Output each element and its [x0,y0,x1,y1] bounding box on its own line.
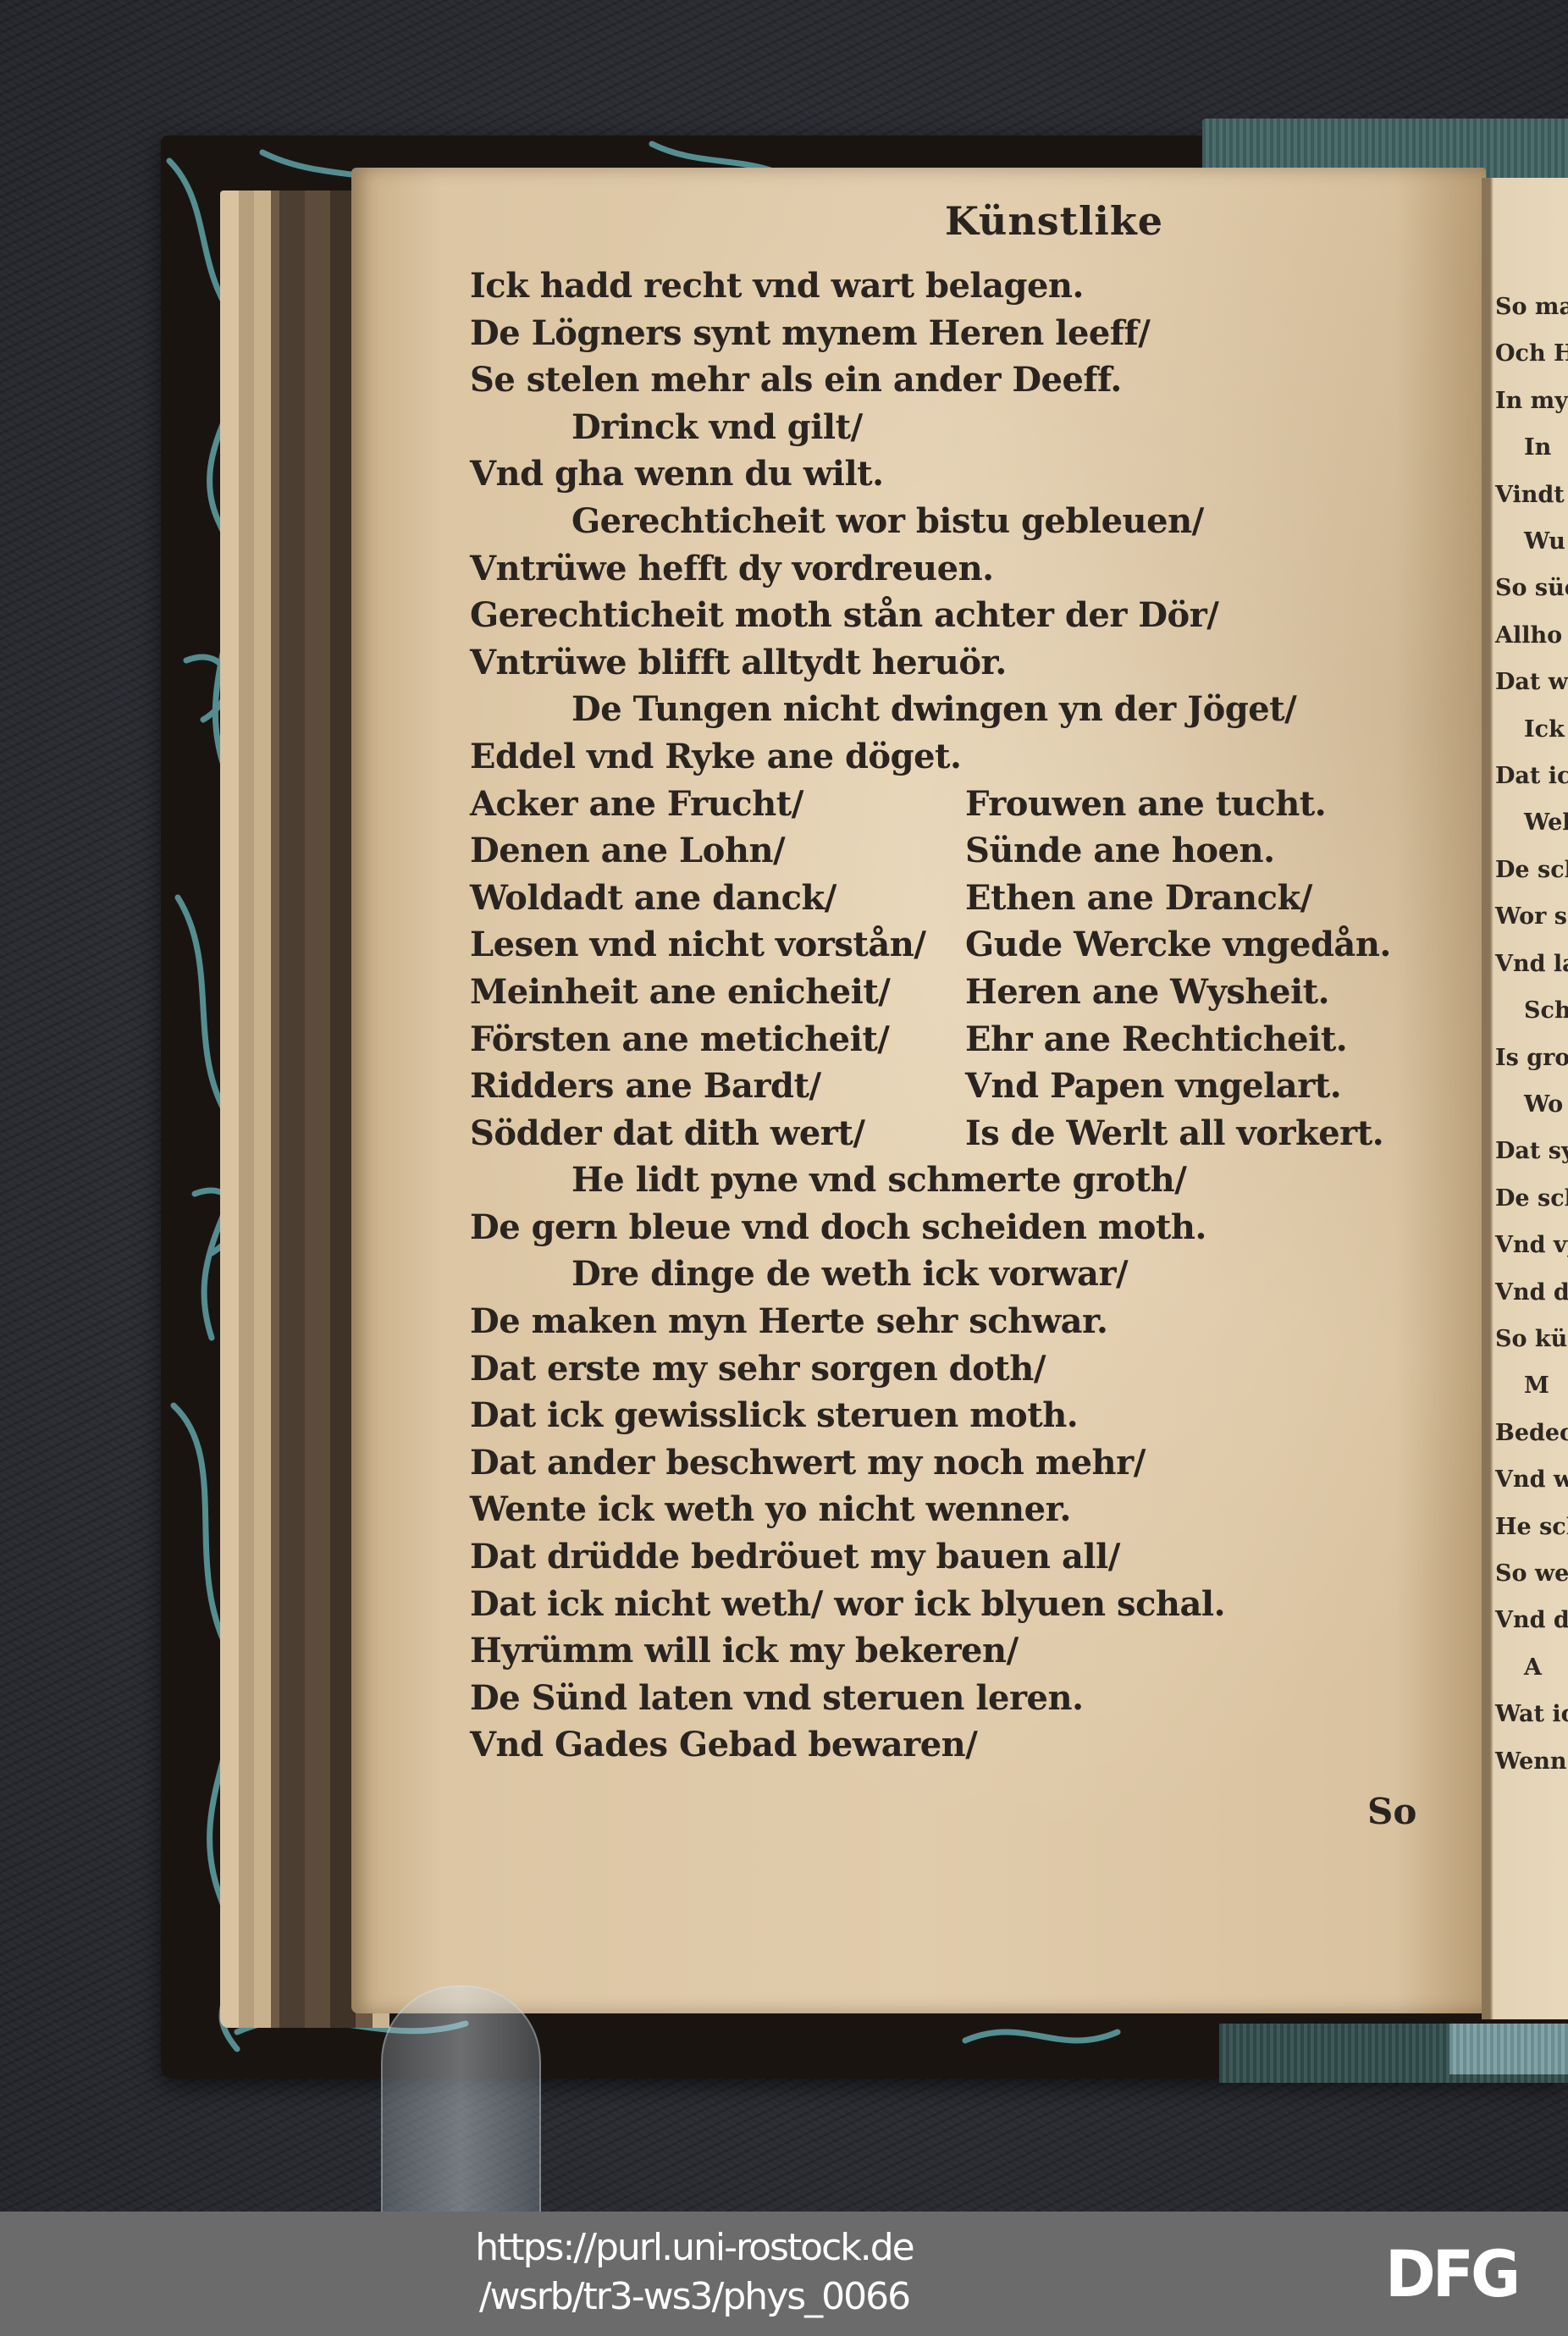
facing-page-line: Bedecht [1495,1410,1568,1456]
facing-page-line: Och HE [1495,330,1568,377]
facing-page-line: Vnd laten [1495,941,1568,987]
verse-block-1: Ick hadd recht vnd wart belagen.De Lögne… [470,262,1452,781]
verse-line: De gern bleue vnd doch scheiden moth. [470,1204,1452,1251]
verse-pair-row: Acker ane Frucht/Frouwen ane tucht. [470,781,1452,828]
facing-page-line: Is groth [1495,1035,1568,1081]
facing-page-line: Vnd drin [1495,1269,1568,1316]
verse-pair-right: Ethen ane Dranck/ [965,875,1312,922]
verse-pair-right: Heren ane Wysheit. [965,969,1329,1016]
facing-page-line: In [1495,424,1568,471]
verse-line: Gerechticheit wor bistu gebleuen/ [470,498,1452,545]
catchword: So [1367,1791,1416,1832]
facing-page-line: He schw [1495,1504,1568,1550]
verse-pair-row: Meinheit ane enicheit/Heren ane Wysheit. [470,969,1452,1016]
facing-page-line: Vindt me [1495,472,1568,518]
verse-pair-row: Försten ane meticheit/Ehr ane Rechtichei… [470,1016,1452,1063]
recto-page-fragment: So machOch HEIn myneInVindt meWuSo süe w… [1482,178,1568,2019]
facing-page-line: A [1495,1644,1568,1691]
two-column-verse-block: Acker ane Frucht/Frouwen ane tucht.Denen… [470,781,1452,1157]
verse-line: Ick hadd recht vnd wart belagen. [470,262,1452,310]
verse-line: Dat ick gewisslick steruen moth. [470,1392,1452,1439]
verse-line: Gerechticheit moth stån achter der Dör/ [470,592,1452,639]
verse-pair-left: Lesen vnd nicht vorstån/ [470,921,965,969]
verse-line: Wente ick weth yo nicht wenner. [470,1486,1452,1533]
verse-line: Dat ick nicht weth/ wor ick blyuen schal… [470,1581,1452,1628]
facing-page-line: Welc [1495,799,1568,846]
facing-page-line: So mach [1495,284,1568,330]
verse-pair-row: Södder dat dith wert/Is de Werlt all vor… [470,1110,1452,1157]
verse-pair-left: Försten ane meticheit/ [470,1016,965,1063]
permalink-line-1[interactable]: https://purl.uni-rostock.de [339,2223,1050,2272]
verse-line: Vnd gha wenn du wilt. [470,450,1452,498]
transparent-page-holder [381,1985,541,2216]
facing-page-line: So kümp [1495,1316,1568,1362]
facing-page-line: Ick [1495,706,1568,753]
facing-page-line: So wer [1495,1550,1568,1597]
verse-line: Se stelen mehr als ein ander Deeff. [470,356,1452,404]
facing-page-line: De schal si [1495,847,1568,893]
verse-pair-left: Woldadt ane danck/ [470,875,965,922]
verse-pair-left: Acker ane Frucht/ [470,781,965,828]
verse-pair-row: Denen ane Lohn/Sünde ane hoen. [470,827,1452,875]
facing-page-line: Wat ic [1495,1691,1568,1737]
verse-line: Vnd Gades Gebad bewaren/ [470,1721,1452,1769]
verse-pair-left: Meinheit ane enicheit/ [470,969,965,1016]
verse-block-2: He lidt pyne vnd schmerte groth/De gern … [470,1157,1452,1769]
verse-line: Eddel vnd Ryke ane döget. [470,733,1452,781]
verse-pair-right: Ehr ane Rechticheit. [965,1016,1347,1063]
facing-page-line: Dat weth [1495,659,1568,705]
verse-pair-left: Denen ane Lohn/ [470,827,965,875]
spine-cloth-bottom [1219,2024,1568,2083]
verse-line: Dre dinge de weth ick vorwar/ [470,1251,1452,1298]
page-text-block: Künstlike Ick hadd recht vnd wart belage… [470,195,1452,1769]
footer-bar: https://purl.uni-rostock.de /wsrb/tr3-ws… [0,2212,1568,2336]
verse-line: Dat drüdde bedröuet my bauen all/ [470,1533,1452,1581]
verse-line: Hyrümm will ick my bekeren/ [470,1627,1452,1675]
verse-pair-right: Gude Wercke vngedån. [965,921,1391,969]
permalink[interactable]: https://purl.uni-rostock.de /wsrb/tr3-ws… [339,2223,1050,2322]
verse-pair-row: Woldadt ane danck/Ethen ane Dranck/ [470,875,1452,922]
verse-pair-right: Vnd Papen vngelart. [965,1063,1341,1110]
facing-page-line: Vnd de [1495,1597,1568,1643]
verse-line: Dat ander beschwert my noch mehr/ [470,1439,1452,1487]
facing-page-line: So süe w [1495,565,1568,611]
verse-pair-row: Ridders ane Bardt/Vnd Papen vngelart. [470,1063,1452,1110]
verse-line: De maken myn Herte sehr schwar. [470,1298,1452,1345]
verse-line: De Sünd laten vnd steruen leren. [470,1675,1452,1722]
facing-page-line: Wenn [1495,1738,1568,1785]
verse-pair-left: Södder dat dith wert/ [470,1110,965,1157]
facing-page-line: Sch [1495,987,1568,1034]
verse-line: Vntrüwe hefft dy vordreuen. [470,545,1452,593]
verse-pair-left: Ridders ane Bardt/ [470,1063,965,1110]
facing-page-line: Vnd we [1495,1456,1568,1503]
verse-pair-right: Sünde ane hoen. [965,827,1275,875]
dfg-logo-icon: DFG [1385,2242,1517,2306]
running-head: Künstlike [656,195,1452,247]
facing-page-line: Dat ick bi [1495,753,1568,799]
verse-line: Dat erste my sehr sorgen doth/ [470,1345,1452,1393]
facing-page-line: Vnd vp d [1495,1222,1568,1268]
facing-page-line: M [1495,1362,1568,1409]
facing-page-line: Dat syn [1495,1128,1568,1174]
facing-page-line: De schal d [1495,1175,1568,1222]
verse-line: He lidt pyne vnd schmerte groth/ [470,1157,1452,1204]
verse-line: Vntrüwe blifft alltydt heruör. [470,639,1452,687]
facing-page-line: Allho ve [1495,612,1568,659]
verse-line: De Tungen nicht dwingen yn der Jöget/ [470,686,1452,733]
verse-line: De Lögners synt mynem Heren leeff/ [470,310,1452,357]
facing-page-line: Wor se si [1495,893,1568,940]
facing-page-line: Wu [1495,518,1568,565]
verse-pair-right: Is de Werlt all vorkert. [965,1110,1383,1157]
verse-line: Drinck vnd gilt/ [470,404,1452,451]
verse-pair-row: Lesen vnd nicht vorstån/Gude Wercke vnge… [470,921,1452,969]
facing-page-line: In myne [1495,378,1568,424]
facing-page-line: Wo [1495,1081,1568,1128]
permalink-line-2[interactable]: /wsrb/tr3-ws3/phys_0066 [339,2272,1050,2322]
facing-page-text: So machOch HEIn myneInVindt meWuSo süe w… [1495,284,1568,1785]
verse-pair-right: Frouwen ane tucht. [965,781,1326,828]
